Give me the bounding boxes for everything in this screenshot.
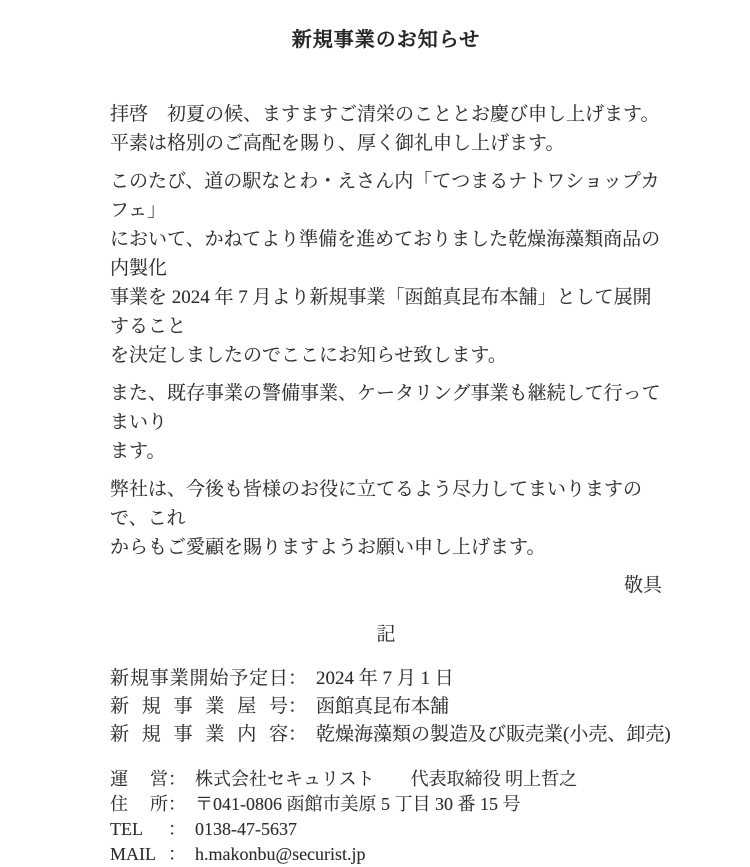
announcement-letter: 新規事業のお知らせ 拝啓 初夏の候、ますますご清栄のこととお慶び申し上げます。 … <box>110 26 662 750</box>
business-details-list: 新規事業開始予定日：2024 年 7 月 1 日 新規事業屋号：函館真昆布本舗 … <box>110 665 662 749</box>
closing-word: 敬具 <box>110 571 662 600</box>
record-marker: 記 <box>110 620 662 649</box>
detail-row: 新規事業内容：乾燥海藻類の製造及び販売業(小売、卸売) <box>110 721 662 749</box>
detail-label: 新規事業屋号 <box>110 693 288 721</box>
body-paragraph: また、既存事業の警備事業、ケータリング事業も継続して行ってまいり ます。 <box>110 379 662 466</box>
detail-label: 新規事業内容 <box>110 721 288 749</box>
detail-value: 2024 年 7 月 1 日 <box>316 668 454 689</box>
detail-colon: ： <box>288 721 307 749</box>
detail-value: 函館真昆布本舗 <box>316 696 449 717</box>
letter-title: 新規事業のお知らせ <box>110 26 662 55</box>
detail-colon: ： <box>288 665 307 693</box>
detail-label: 新規事業開始予定日 <box>110 665 288 693</box>
body-paragraph: このたび、道の駅なとわ・えさん内「てつまるナトワショップカフェ」 において、かね… <box>110 167 662 370</box>
detail-value: 乾燥海藻類の製造及び販売業(小売、卸売) <box>316 724 671 745</box>
body-paragraph: 弊社は、今後も皆様のお役に立てるよう尽力してまいりますので、これ からもご愛顧を… <box>110 475 662 562</box>
detail-row: 新規事業屋号：函館真昆布本舗 <box>110 693 662 721</box>
letter-body: 拝啓 初夏の候、ますますご清栄のこととお慶び申し上げます。 平素は格別のご高配を… <box>110 100 662 562</box>
detail-row: 新規事業開始予定日：2024 年 7 月 1 日 <box>110 665 662 693</box>
body-paragraph: 拝啓 初夏の候、ますますご清栄のこととお慶び申し上げます。 平素は格別のご高配を… <box>110 100 662 158</box>
detail-colon: ： <box>288 693 307 721</box>
